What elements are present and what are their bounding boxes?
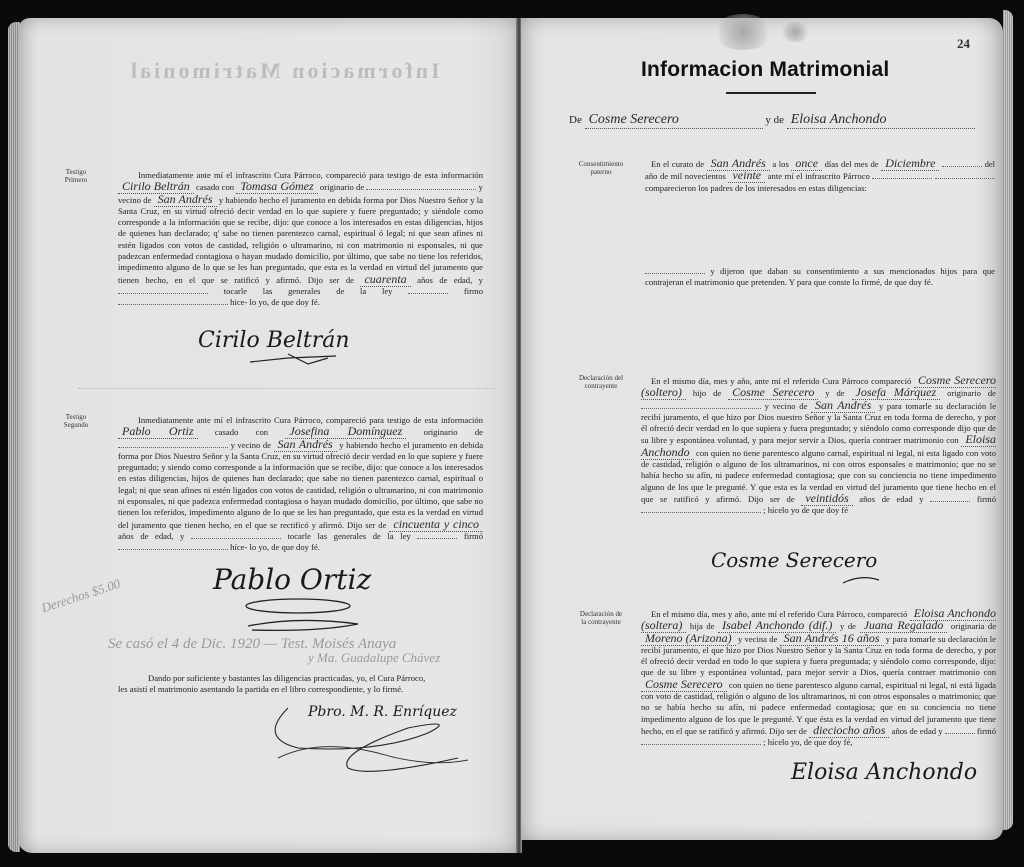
groom-closing: ; hícelo yo de que doy fé: [763, 505, 848, 515]
tocarle-label: tocarle las generales de la ley: [224, 286, 393, 296]
margin-label-witness-1: Testigo Primero: [56, 168, 96, 184]
margin-label-line: Testigo: [56, 168, 96, 176]
margin-label-line: contrayente: [569, 382, 633, 390]
consent-text: comparecieron los padres de los interesa…: [645, 183, 867, 193]
right-page: 24 Informacion Matrimonial De Cosme Sere…: [521, 18, 1003, 840]
consent-year: veinte: [728, 168, 765, 183]
faint-marriage-note-2: y Ma. Guadalupe Chávez: [308, 650, 440, 666]
consent-text: Y para que conste lo firmé, de que doy f…: [789, 277, 933, 287]
originario-label: originario de: [320, 182, 364, 192]
consent-paragraph: En el curato de San Andrés a los once dí…: [645, 158, 995, 194]
blank: [118, 304, 228, 305]
margin-label-bride: Declaración de la contrayente: [569, 610, 633, 626]
blank: [945, 733, 975, 734]
water-stain: [781, 22, 809, 42]
witness-1-age: cuarenta: [360, 272, 410, 287]
witness-1-origin-blank: [366, 189, 476, 190]
hija-label: hija de: [690, 621, 715, 631]
witness-2-signature: Pablo Ortiz: [213, 563, 371, 596]
consent-text: a los: [772, 159, 788, 169]
firmo-label: firmó: [977, 494, 996, 504]
page-title: Informacion Matrimonial: [641, 58, 889, 82]
witness-1-paragraph: Inmediatamente ante mí el infrascrito Cu…: [118, 170, 483, 309]
blank: [417, 538, 457, 539]
firmo-label: firmo: [464, 286, 483, 296]
witness-1-spouse: Tomasa Gómez: [236, 179, 317, 194]
y-de-label: y de: [825, 388, 844, 398]
closing-paragraph: Dando por suficiente y bastantes las dil…: [118, 673, 488, 696]
blank: [872, 178, 932, 179]
bride-declaration-paragraph: En el mismo día, mes y año, ante mí el r…: [641, 608, 996, 749]
signature-flourish-icon: [248, 352, 338, 366]
witness-2-closing: lo yo, de que doy fé.: [250, 542, 320, 552]
bride-residence: San Andrés 16 años: [780, 631, 884, 646]
bride-signature: Eloisa Anchondo: [791, 760, 977, 785]
consent-month: Diciembre: [881, 156, 939, 171]
blank: [118, 293, 208, 294]
margin-label-line: Declaración de: [569, 610, 633, 618]
groom-origin-blank: [641, 408, 761, 409]
witness-1-body: hecho el juramento en debida forma por D…: [118, 195, 483, 285]
margin-label-line: Consentimiento: [569, 160, 633, 168]
blank: [645, 273, 705, 274]
consent-text: ante mí el infrascrito Párroco: [768, 171, 870, 181]
y-de-label: y de: [840, 621, 856, 631]
faint-line: [78, 388, 498, 390]
margin-label-line: paterno: [569, 168, 633, 176]
groom-father: Cosme Serecero: [728, 385, 818, 400]
blank: [641, 512, 761, 513]
book-page-edges-right: [1003, 10, 1013, 830]
signature-flourish-icon: [238, 596, 368, 636]
signature-flourish-icon: [841, 574, 881, 586]
bride-origin: Moreno (Arizona): [641, 631, 736, 646]
vecina-label: y vecina de: [738, 634, 777, 644]
groom-declaration-paragraph: En el mismo día, mes y año, ante mí el r…: [641, 375, 996, 517]
blank: [191, 538, 281, 539]
originario-label: originario de: [947, 388, 996, 398]
margin-label-witness-2: Testigo Segundo: [56, 413, 96, 429]
tocarle-label: tocarle las generales de la ley: [288, 531, 411, 541]
groom-signature: Cosme Serecero: [711, 548, 877, 572]
witness-1-closing: lo yo, de que doy fé.: [250, 297, 320, 307]
consent-text: En el curato de: [645, 159, 704, 169]
margin-label-line: la contrayente: [569, 618, 633, 626]
witness-2-name: Pablo Ortiz: [118, 424, 198, 439]
title-underline: [726, 92, 816, 94]
bleed-through-heading: Informacion Matrimonial: [128, 58, 440, 84]
casado-label: casado con: [215, 427, 268, 437]
blank: [408, 293, 448, 294]
originario-label: originario de: [424, 427, 483, 437]
hice-label: hice-: [230, 297, 247, 307]
water-stain: [713, 14, 773, 50]
margin-fee-note: Derechos $5.00: [40, 576, 123, 617]
bride-partner: Cosme Serecero: [641, 677, 727, 692]
margin-label-line: Testigo: [56, 413, 96, 421]
vecino-label: y vecino de: [231, 440, 271, 450]
consent-day: once: [791, 156, 822, 171]
margin-label-line: Primero: [56, 176, 96, 184]
consent-text: días del mes de: [825, 159, 879, 169]
priest-signature-flourish-icon: [258, 698, 478, 778]
vecino-label: y vecino de: [765, 401, 808, 411]
bride-name: Eloisa Anchondo: [787, 112, 975, 129]
habiendo-label: y habiendo: [219, 195, 257, 205]
witness-2-paragraph: Inmediatamente ante mí el infrascrito Cu…: [118, 415, 483, 554]
witness-2-origin-blank: [118, 447, 228, 448]
margin-label-line: Segundo: [56, 421, 96, 429]
page-number: 24: [957, 36, 970, 52]
bride-age: dieciocho años: [809, 723, 889, 738]
blank: [641, 744, 761, 745]
blank: [930, 501, 970, 502]
dijo-label: Dijo ser de: [308, 275, 354, 285]
margin-label-line: Declaración del: [569, 374, 633, 382]
blank: [942, 166, 982, 167]
closing-line-1: Dando por suficiente y bastantes las dil…: [118, 673, 488, 684]
anos-label: años de edad, y: [118, 531, 184, 541]
firmo-label: firmó: [977, 726, 996, 736]
habiendo-label: y habiendo: [339, 440, 377, 450]
originaria-label: originaria de: [951, 621, 996, 631]
groom-residence: San Andrés: [811, 398, 875, 413]
witness-1-residence: San Andrés: [154, 192, 217, 207]
margin-label-groom: Declaración del contrayente: [569, 374, 633, 390]
left-page: Informacion Matrimonial Testigo Primero …: [18, 18, 518, 853]
margin-label-consent: Consentimiento paterno: [569, 160, 633, 176]
anos-label: años de edad y: [892, 726, 943, 736]
casado-label: casado con: [196, 182, 234, 192]
witness-2-residence: San Andrés: [274, 437, 337, 452]
hice-label: híce-: [230, 542, 247, 552]
groom-name: Cosme Serecero: [585, 112, 763, 129]
firmo-label: firmó: [464, 531, 483, 541]
blank: [118, 549, 228, 550]
groom-age: veintidós: [801, 491, 852, 506]
blank: [935, 178, 995, 179]
consent-conclusion: y dijeron que daban su consentimiento a …: [645, 266, 995, 289]
open-register-book: Informacion Matrimonial Testigo Primero …: [18, 18, 1008, 853]
closing-line-2: les asistí el matrimonio asentando la pa…: [118, 684, 488, 695]
anos-label: años de edad, y: [417, 275, 483, 285]
anos-label: años de edad y: [859, 494, 923, 504]
y-de-label: y de: [765, 114, 784, 126]
de-label: De: [569, 114, 582, 126]
witness-2-age: cincuenta y cinco: [389, 517, 483, 532]
dijo-label: Dijo ser de: [347, 520, 386, 530]
witness-1-signature: Cirilo Beltrán: [198, 328, 350, 353]
parties-line: De Cosme Serecero y de Eloisa Anchondo: [569, 112, 989, 129]
bride-closing: ; hícelo yo, de que doy fé,: [763, 737, 852, 747]
hijo-label: hijo de: [693, 388, 721, 398]
